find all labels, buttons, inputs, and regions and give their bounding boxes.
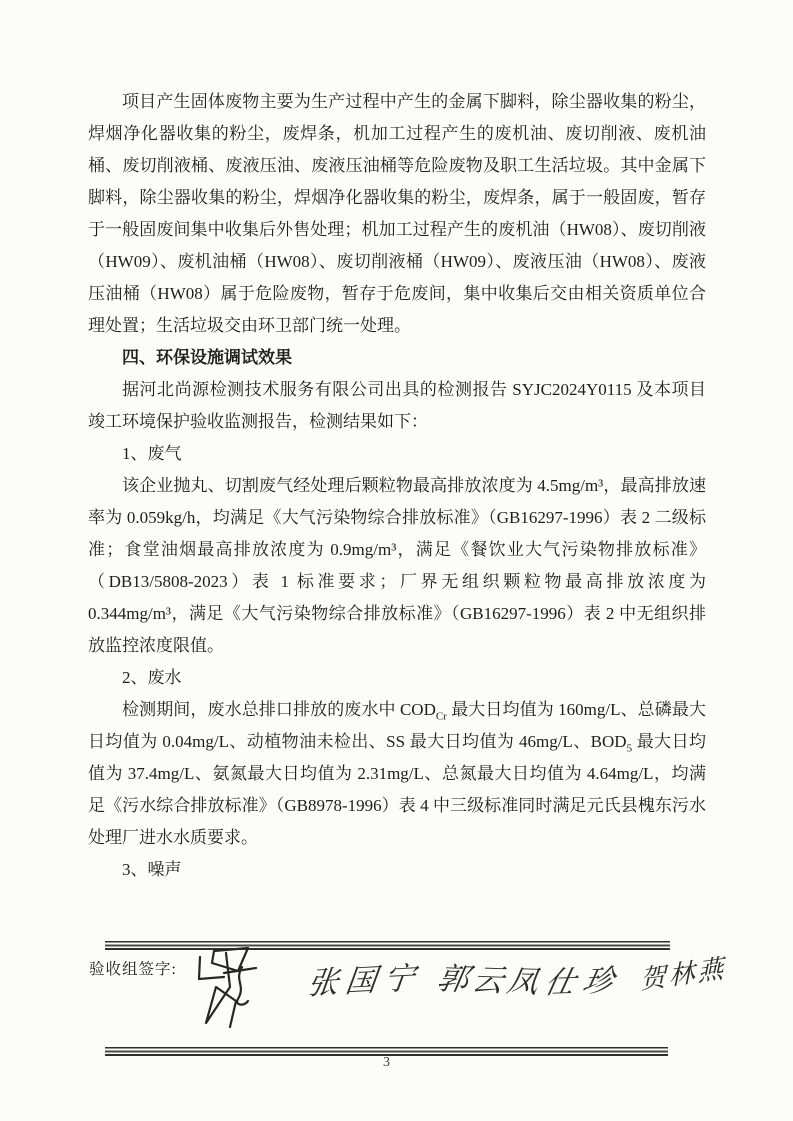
section-heading-4: 四、环保设施调试效果 <box>88 342 706 374</box>
paragraph-solid-waste: 项目产生固体废物主要为生产过程中产生的金属下脚料，除尘器收集的粉尘，焊烟净化器收… <box>88 86 706 342</box>
signature-name-2: 郭云凤 <box>434 953 547 1001</box>
paragraph-water: 检测期间，废水总排口排放的废水中 CODCr 最大日均值为 160mg/L、总磷… <box>88 694 706 854</box>
signature-scribble <box>190 943 280 1031</box>
page-number: 3 <box>105 1055 668 1071</box>
paragraph-gas: 该企业抛丸、切割废气经处理后颗粒物最高排放浓度为 4.5mg/m³，最高排放速率… <box>88 470 706 662</box>
cod-subscript: Cr <box>436 710 447 722</box>
subheading-water: 2、废水 <box>88 662 706 694</box>
subheading-noise: 3、噪声 <box>88 854 706 886</box>
document-body: 项目产生固体废物主要为生产过程中产生的金属下脚料，除尘器收集的粉尘，焊烟净化器收… <box>88 86 706 886</box>
signature-name-3: 仕珍 <box>541 955 626 1002</box>
document-page: 项目产生固体废物主要为生产过程中产生的金属下脚料，除尘器收集的粉尘，焊烟净化器收… <box>0 0 793 1121</box>
paragraph-intro: 据河北尚源检测技术服务有限公司出具的检测报告 SYJC2024Y0115 及本项… <box>88 374 706 438</box>
water-text-segment: 检测期间，废水总排口排放的废水中 COD <box>122 700 436 719</box>
signature-label: 验收组签字: <box>89 957 177 979</box>
subheading-gas: 1、废气 <box>88 438 706 470</box>
signature-name-1: 张国宁 <box>305 952 424 1003</box>
signature-name-4: 贺林燕 <box>639 948 726 997</box>
